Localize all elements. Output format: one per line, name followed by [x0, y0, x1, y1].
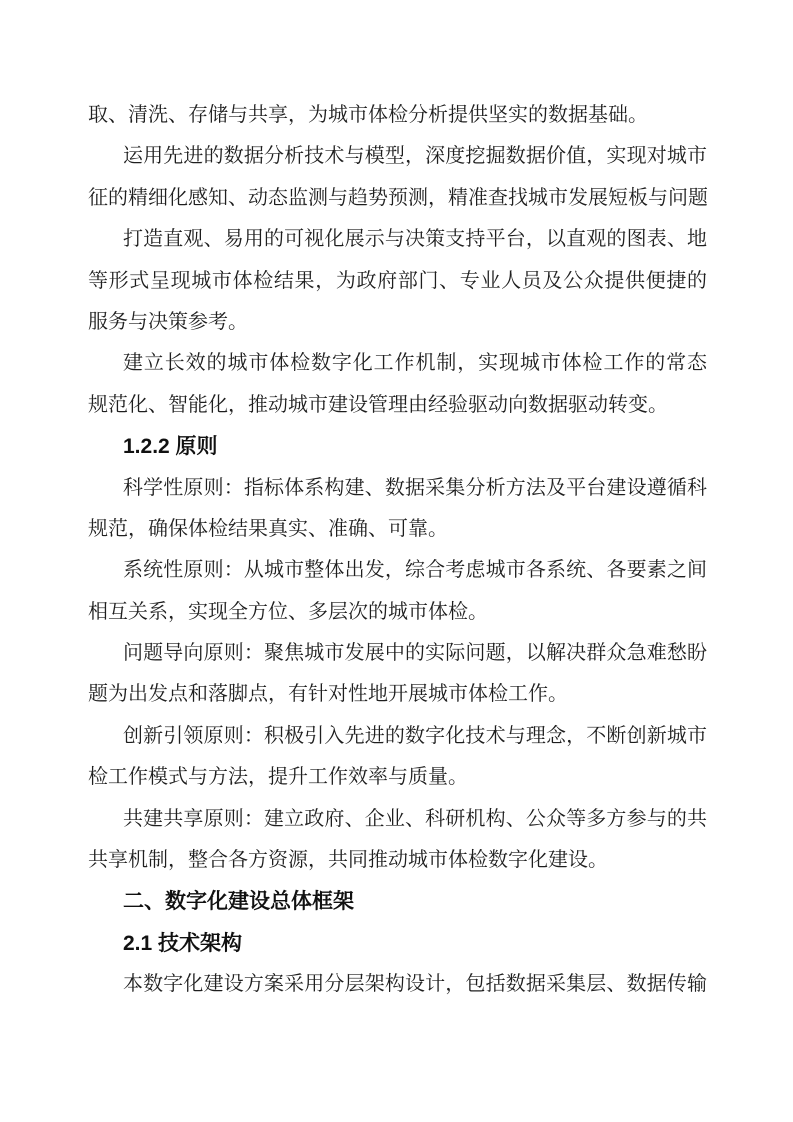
- text-line: 打造直观、易用的可视化展示与决策支持平台，以直观的图表、地图: [88, 219, 707, 260]
- text-line: 规范化、智能化，推动城市建设管理由经验驱动向数据驱动转变。: [88, 385, 707, 426]
- document-page: 取、清洗、存储与共享，为城市体检分析提供坚实的数据基础。运用先进的数据分析技术与…: [0, 0, 793, 1122]
- text-line: 规范，确保体检结果真实、准确、可靠。: [88, 509, 707, 550]
- document-content: 取、清洗、存储与共享，为城市体检分析提供坚实的数据基础。运用先进的数据分析技术与…: [88, 95, 707, 1006]
- text-line: 二、数字化建设总体框架: [88, 881, 707, 922]
- paragraph: 运用先进的数据分析技术与模型，深度挖掘数据价值，实现对城市体征的精细化感知、动态…: [88, 136, 707, 219]
- text-line: 等形式呈现城市体检结果，为政府部门、专业人员及公众提供便捷的信息: [88, 261, 707, 302]
- text-line: 相互关系，实现全方位、多层次的城市体检。: [88, 592, 707, 633]
- heading-section-2-overall-framework: 二、数字化建设总体框架: [88, 881, 707, 922]
- heading-2-1-technical-architecture: 2.1 技术架构: [88, 923, 707, 964]
- text-line: 系统性原则：从城市整体出发，综合考虑城市各系统、各要素之间的: [88, 550, 707, 591]
- text-line: 服务与决策参考。: [88, 302, 707, 343]
- paragraph: 取、清洗、存储与共享，为城市体检分析提供坚实的数据基础。: [88, 95, 707, 136]
- paragraph: 本数字化建设方案采用分层架构设计，包括数据采集层、数据传输层、: [88, 964, 707, 1005]
- text-line: 共建共享原则：建立政府、企业、科研机构、公众等多方参与的共建: [88, 799, 707, 840]
- text-line: 科学性原则：指标体系构建、数据采集分析方法及平台建设遵循科学: [88, 468, 707, 509]
- text-line: 共享机制，整合各方资源，共同推动城市体检数字化建设。: [88, 840, 707, 881]
- paragraph: 创新引领原则：积极引入先进的数字化技术与理念，不断创新城市体检工作模式与方法，提…: [88, 716, 707, 799]
- text-line: 建立长效的城市体检数字化工作机制，实现城市体检工作的常态化、: [88, 343, 707, 384]
- text-line: 运用先进的数据分析技术与模型，深度挖掘数据价值，实现对城市体: [88, 136, 707, 177]
- text-line: 1.2.2 原则: [88, 426, 707, 467]
- paragraph: 共建共享原则：建立政府、企业、科研机构、公众等多方参与的共建共享机制，整合各方资…: [88, 799, 707, 882]
- paragraph: 问题导向原则：聚焦城市发展中的实际问题，以解决群众急难愁盼问题为出发点和落脚点，…: [88, 633, 707, 716]
- text-line: 问题导向原则：聚焦城市发展中的实际问题，以解决群众急难愁盼问: [88, 633, 707, 674]
- paragraph: 打造直观、易用的可视化展示与决策支持平台，以直观的图表、地图等形式呈现城市体检结…: [88, 219, 707, 343]
- text-line: 取、清洗、存储与共享，为城市体检分析提供坚实的数据基础。: [88, 95, 707, 136]
- heading-1-2-2-principles: 1.2.2 原则: [88, 426, 707, 467]
- text-line: 征的精细化感知、动态监测与趋势预测，精准查找城市发展短板与问题。: [88, 178, 707, 219]
- text-line: 本数字化建设方案采用分层架构设计，包括数据采集层、数据传输层、: [88, 964, 707, 1005]
- text-line: 创新引领原则：积极引入先进的数字化技术与理念，不断创新城市体: [88, 716, 707, 757]
- text-line: 题为出发点和落脚点，有针对性地开展城市体检工作。: [88, 674, 707, 715]
- paragraph: 系统性原则：从城市整体出发，综合考虑城市各系统、各要素之间的相互关系，实现全方位…: [88, 550, 707, 633]
- text-line: 检工作模式与方法，提升工作效率与质量。: [88, 757, 707, 798]
- paragraph: 建立长效的城市体检数字化工作机制，实现城市体检工作的常态化、规范化、智能化，推动…: [88, 343, 707, 426]
- paragraph: 科学性原则：指标体系构建、数据采集分析方法及平台建设遵循科学规范，确保体检结果真…: [88, 468, 707, 551]
- text-line: 2.1 技术架构: [88, 923, 707, 964]
